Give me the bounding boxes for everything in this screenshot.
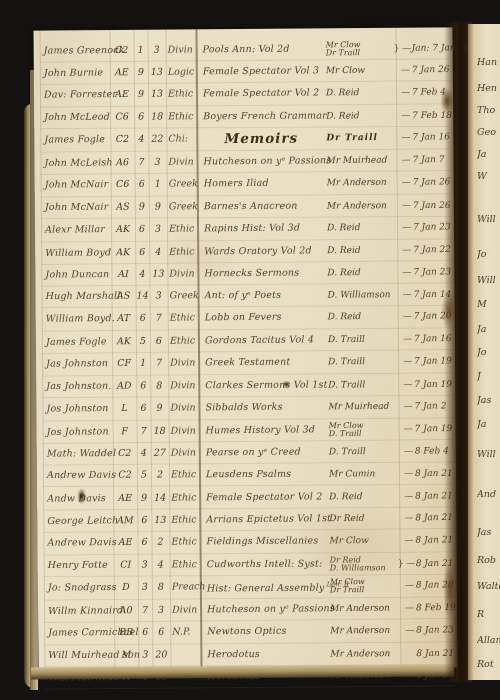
shelf-mark-num2: 27 [151,448,169,458]
ledger-row: Will Muirhead son M 3 20 Herodotus Mr An… [44,642,455,667]
shelf-mark-letters: AS [112,292,136,302]
professor-name: D. Traill [327,447,397,458]
return-dash: — [398,603,414,613]
ledger-row: Andrew Davis AE 6 2 Ethic Fieldings Misc… [43,530,454,556]
professor-name: D. Reid [324,88,394,99]
borrower-name: James Greenock [40,46,110,57]
borrower-name: Willm Kinnaird [44,606,114,617]
professor-name: Dr Traill [324,133,394,144]
shelf-mark-letters: AE [110,68,134,78]
shelf-mark-num1: 6 [136,314,150,324]
shelf-mark-letters: C6 [110,112,134,122]
shelf-mark-letters: AI [111,269,135,279]
shelf-mark-num1: 5 [137,471,151,481]
shelf-mark-num2: 20 [152,650,170,660]
book-title: Hutcheson on yᵉ Passions [196,156,324,167]
book-title: Hutcheson on yᵉ Passions [200,604,328,615]
shelf-mark-num2: 3 [152,605,170,615]
book-title: Wards Oratory Vol 2d [197,245,325,256]
shelf-mark-num1: 6 [137,538,151,548]
shelf-mark-num1: 4 [137,448,151,458]
book-title: Fieldings Miscellanies [199,537,327,548]
ledger-row: Math: Waddel C2 4 27 Divin Pearse on yᵉ … [43,440,454,466]
facing-page-fragment: Rob [477,556,500,566]
ledger-row: Jos Johnston L 6 9 Divin Sibbalds Works … [42,396,453,422]
shelf-mark-num2: 13 [148,90,166,100]
borrower-name: Andrew Davis [43,471,113,481]
shelf-mark-letters: AE [113,493,137,503]
dates: Jan: 7 Jan 26 [410,43,449,53]
facing-page-fragment: J [477,372,500,382]
shelf-mark-num1: 7 [138,605,152,615]
ledger-row: John McNair C6 6 1 Greek Homers Iliad Mr… [41,172,452,198]
return-dash: — [396,380,412,390]
ledger-row: Henry Fotte CI 3 4 Ethic Cudworths Intel… [44,553,455,578]
shelf-mark-letters: AS [111,202,135,212]
shelf-mark-num1: 6 [135,247,149,257]
borrow-day: 7 [411,267,422,277]
return-dash: — [394,155,410,165]
facing-page-fragment: M [477,300,500,310]
shelf-mark-num1: 6 [136,381,150,391]
class-label: Ethic [167,224,197,234]
return-dash: — [398,626,414,636]
shelf-mark-letters: CI [114,560,138,570]
facing-page-sliver: HanHenThoGeoJaWWillJoWillMJaJoJJasJaWill… [468,24,500,680]
facing-page-fragment: Geo [477,128,500,138]
shelf-mark-num2: 22 [148,135,166,145]
facing-page-fragment: R [477,610,500,620]
shelf-mark-num1: 7 [137,426,151,436]
professor-name: Mr Anderson [328,603,398,614]
return-dash: — [397,469,413,479]
shelf-mark-letters: C2 [110,135,134,145]
professor-name: Mr Anderson [325,201,395,211]
book-title: Pearse on yᵉ Creed [199,447,327,458]
shelf-mark-num1: 5 [136,337,150,347]
shelf-mark-num2: 8 [150,381,168,391]
ledger-row: James Fogle AK 5 6 Ethic Gordons Tacitus… [42,328,453,354]
shelf-mark-letters: A6 [110,158,134,168]
facing-page-fragment: Rot [477,660,500,670]
borrower-name: Henry Fotte [44,560,114,570]
professor-name: D. Traill [326,334,396,345]
return-dash: — [396,357,412,367]
professor-name: Mr Anderson [328,648,398,658]
book-title: Homers Iliad [197,178,325,189]
class-label: Ethic [169,470,199,480]
shelf-mark-num1: 14 [136,291,150,301]
ledger-row: Jo: Snodgrass D 3 8 Preach Hist: General… [44,575,455,601]
professor-name: Mr Anderson [325,178,395,189]
borrower-name: John McNair [41,180,111,191]
shelf-mark-num2: 3 [149,224,167,234]
book-title: Female Spectator Vol 3 [196,66,324,77]
return-date: Jan 7 [421,155,444,165]
facing-page-fragment: W [477,172,500,182]
shelf-mark-letters: C2 [113,471,137,481]
borrower-name: George Leitch [43,516,113,527]
shelf-mark-num2: 13 [151,516,169,526]
return-dash: — [395,267,411,277]
book-title: Boyers French Grammar [196,111,324,122]
return-dash: — [396,290,412,300]
register-page: James Greenock C2 1 3 Divin Pools Ann: V… [33,27,457,670]
borrow-day: 7 [412,380,423,390]
professor-name: Dr ReidD. Williamson [328,556,398,572]
professor-name: Mr Muirhead [326,402,396,413]
shelf-mark-num2: 2 [151,471,169,481]
book-title: Pools Ann: Vol 2d [196,44,324,55]
shelf-mark-letters: AD [112,381,136,391]
borrow-day: 8 [413,513,424,523]
shelf-mark-num2: 3 [148,157,166,167]
return-dash: — [395,201,411,211]
shelf-mark-letters: AE [113,538,137,548]
borrower-name: Math: Waddel [43,449,113,460]
shelf-mark-num2: 9 [149,202,167,212]
borrow-day: 7 [412,312,423,322]
facing-page-fragment: Will [477,276,500,286]
borrow-day: Jan: 7 [410,43,441,53]
professor-name: Mr Cumin [327,469,397,479]
shelf-mark-num2: 9 [150,404,168,414]
class-label: Ethic [166,90,196,100]
return-dash: — [395,245,411,255]
shelf-mark-letters: M [114,650,138,660]
class-label: Ethic [169,493,199,503]
borrower-name: Jas Johnston [42,359,112,370]
return-dash: — [394,133,410,143]
class-label: Ethic [167,247,197,257]
shelf-mark-num1: 6 [135,180,149,190]
dates: 7 Jan 26 [410,65,449,75]
facing-page-fragment: Ja [477,150,500,160]
borrow-day: 8 [413,446,424,456]
book-title: Leusdens Psalms [199,470,327,481]
facing-page-fragment: Ja [477,420,500,430]
class-label: Greek [167,202,197,212]
class-label: Divin [170,605,200,615]
ledger-row: Jas Johnston CF 1 7 Divin Greek Testamen… [42,351,453,377]
shelf-mark-num1: 3 [138,560,152,570]
class-label: N.P. [170,627,200,637]
class-label: Ethic [170,560,200,570]
borrow-day: 7 [410,88,421,98]
borrow-day: 8 [414,648,425,658]
shelf-mark-letters: A0 [114,606,138,616]
shelf-mark-letters: AE [110,90,134,100]
return-dash: — [394,65,410,75]
scanned-ledger-photo: James Greenock C2 1 3 Divin Pools Ann: V… [0,0,500,700]
shelf-mark-num2: 6 [150,337,168,347]
borrow-day: 7 [410,65,421,75]
borrower-name: Jo: Snodgrass [44,583,114,594]
professor-name: D. Reid [326,312,396,323]
book-title: Barnes's Anacreon [197,201,325,212]
facing-page-fragment: Allan [477,636,500,646]
borrow-day: 7 [412,357,423,367]
ledger-row: William Boyd AK 6 4 Ethic Wards Oratory … [41,238,452,264]
borrower-name: William Boyd. [42,314,112,325]
borrower-name: Andw Davis [43,494,113,505]
ledger-row: John McLeish A6 7 3 Divin Hutcheson on y… [40,149,451,175]
professor-name: Mr ClowDr Traill [324,41,394,58]
shelf-mark-num1: 1 [134,45,148,55]
shelf-mark-num1: 6 [136,404,150,414]
shelf-mark-num1: 6 [135,225,149,235]
facing-page-fragment: Will [477,450,500,460]
facing-page-fragment: Jo [477,250,500,260]
professor-name: D. Traill [326,357,396,368]
professor-name: D. Traill [326,380,396,390]
facing-page-fragment: And [477,490,500,500]
class-label: Divin [167,269,197,279]
shelf-mark-num1: 9 [135,202,149,212]
shelf-mark-num2: 4 [149,247,167,257]
return-dash: — [394,88,410,98]
shelf-mark-letters: AT [112,314,136,324]
ledger-row: James Carmichael BB 6 6 N.P. Newtons Opt… [44,620,455,646]
book-title: Herodotus [200,649,328,660]
shelf-mark-num1: 9 [134,68,148,78]
shelf-mark-num2: 13 [148,68,166,78]
borrow-day: 8 [413,469,424,479]
shelf-mark-letters: CF [112,359,136,369]
borrower-name: John McLeod [40,113,110,123]
shelf-mark-letters: D [114,583,138,593]
professor-name: Mr ClowDr Traill [328,578,398,595]
shelf-mark-letters: AM [113,516,137,526]
professor-name: D. Reid [327,491,397,502]
ledger-row: Willm Kinnaird A0 7 3 Divin Hutcheson on… [44,597,455,623]
ledger-row: John McNair AS 9 9 Greek Barnes's Anacre… [41,195,452,220]
borrower-name: John Burnie [40,68,110,79]
book-title: Gordons Tacitus Vol 4 [198,335,326,346]
borrower-name: John McNair [41,202,111,212]
book-title: Newtons Optics [200,626,328,637]
borrower-name: William Boyd [41,248,111,259]
return-dash: } — [398,559,414,569]
borrower-name: Jas Johnston. [42,381,112,391]
return-dash: — [394,111,410,121]
ledger-row: John Duncan AI 4 13 Divin Hornecks Sermo… [41,261,452,287]
shelf-mark-num1: 3 [138,583,152,593]
return-dash: — [396,402,412,412]
class-label: Chi: [166,135,196,145]
shelf-mark-num1: 3 [138,650,152,660]
class-label: Divin [166,157,196,167]
borrower-name: James Carmichael [44,628,114,639]
class-label: Logic [166,68,196,78]
return-dash: — [397,491,413,501]
professor-name: D. Reid [325,267,395,278]
borrower-name: Alexr Millar [41,225,111,236]
ledger-row: Jos Johnston F 7 18 Divin Humes History … [43,418,454,444]
return-dash: — [398,581,414,591]
ledger-row: Alexr Millar AK 6 3 Ethic Rapins Hist: V… [41,216,452,242]
shelf-mark-num1: 6 [134,112,148,122]
class-label: Divin [168,359,198,369]
borrow-day: 7 [411,222,422,232]
borrow-day: 8 [414,625,425,635]
borrow-day: 7 [410,155,421,165]
facing-page-fragment: Walter [477,582,500,592]
borrow-day: 7 [412,290,423,300]
shelf-mark-num2: 2 [151,538,169,548]
facing-page-fragment: Jo [477,348,500,358]
return-date: Feb 4 [421,88,447,98]
borrow-day: 8 [414,559,425,569]
borrower-name: Jos Johnston [42,404,112,415]
ledger-row: Dav: Forrester AE 9 13 Ethic Female Spec… [40,82,451,108]
shelf-mark-num2: 1 [149,180,167,190]
ledger-row: Hugh Marshall AS 14 3 Greek Ant: of yᵉ P… [42,284,453,309]
book-title: Cudworths Intell: Syst: [200,559,328,570]
borrow-day: 8 [413,536,424,546]
borrow-day: 7 [412,402,423,412]
borrower-name: John McLeish [40,158,110,169]
borrow-day: 7 [413,424,424,434]
shelf-mark-letters: AK [112,337,136,347]
return-dash: — [395,178,411,188]
shelf-mark-num2: 13 [149,269,167,279]
book-title: Female Spectator Vol 2 [196,89,324,100]
shelf-mark-num2: 6 [152,627,170,637]
class-label: Divin [168,381,198,391]
shelf-mark-num1: 4 [134,135,148,145]
book-title: Clarkes Sermons Vol 1st [198,380,326,391]
shelf-mark-num1: 9 [134,90,148,100]
class-label: Preach [170,582,200,592]
class-label: Divin [169,426,199,436]
shelf-mark-num2: 3 [150,291,168,301]
facing-page-fragment: Jas [477,396,500,406]
facing-page-fragment: Hen [477,84,500,94]
book-title: Rapins Hist: Vol 3d [197,223,325,234]
shelf-mark-num2: 18 [151,426,169,436]
borrow-day: 7 [411,200,422,210]
professor-name: Mr Muirhead [324,155,394,166]
ledger-row: Andrew Davis C2 5 2 Ethic Leusdens Psalm… [43,463,454,488]
book-title: Memoirs [196,134,324,145]
borrower-name: Andrew Davis [43,538,113,549]
class-label: Ethic [168,314,198,324]
professor-name: D. Williamson [326,290,396,300]
class-label: Divin [169,448,199,458]
shelf-mark-num2: 7 [150,314,168,324]
class-label: Ethic [169,538,199,548]
class-label: Divin [166,45,196,55]
professor-name: Mr Anderson [328,626,398,637]
ledger-row: John McLeod C6 6 18 Ethic Boyers French … [40,105,451,130]
shelf-mark-num2: 18 [148,112,166,122]
return-dash: — [397,536,413,546]
book-title: Hist: General Assembly Lon: 8 [200,579,328,594]
return-dash: — [395,223,411,233]
borrow-day: 8 [414,603,425,613]
borrower-name: Hugh Marshall [42,292,112,302]
borrow-day: 8 [413,491,424,501]
class-label: Ethic [169,515,199,525]
shelf-mark-letters: AK [111,247,135,257]
shelf-mark-letters: AK [111,225,135,235]
borrower-name: John Duncan [41,270,111,281]
ledger-row: Jas Johnston. AD 6 8 Divin Clarkes Sermo… [42,374,453,399]
book-title: Hornecks Sermons [197,268,325,279]
shelf-mark-letters: BB [114,628,138,638]
shelf-mark-num1: 7 [134,158,148,168]
ledger-row: John Burnie AE 9 13 Logic Female Spectat… [40,59,451,85]
shelf-mark-num1: 9 [137,493,151,503]
borrow-day: 7 [411,178,422,188]
class-label: Greek [168,291,198,301]
shelf-mark-num2: 8 [152,583,170,593]
return-dash: — [396,334,412,344]
shelf-mark-num2: 3 [148,45,166,55]
class-label: Ethic [166,112,196,122]
shelf-mark-letters: C2 [110,46,134,56]
return-dash: } — [394,43,410,53]
professor-name: D. Reid [325,223,395,234]
professor-name: D. Reid [325,245,395,256]
shelf-mark-num1: 6 [138,628,152,638]
book-title: Ant: of yᵉ Poets [198,291,326,302]
borrow-day: 7 [410,111,421,121]
shelf-mark-num1: 1 [136,359,150,369]
facing-page-fragment: Han [477,58,500,68]
borrower-name: Dav: Forrester [40,91,110,102]
book-title: Female Spectator Vol 2 [199,492,327,503]
shelf-mark-num2: 7 [150,359,168,369]
class-label: Greek [167,179,197,189]
return-dash: — [397,424,413,434]
borrow-day: 7 [411,244,422,254]
book-title: Greek Testament [198,358,326,369]
ledger-row: George Leitch AM 6 13 Ethic Arrians Epic… [43,507,454,533]
book-title: Sibbalds Works [198,402,326,413]
facing-page-fragment: Will [477,215,500,225]
borrow-day: 8 [414,581,425,591]
shelf-mark-letters: C2 [113,449,137,459]
book-title: Arrians Epictetus Vol 1st [199,514,327,525]
professor-name: D. Reid [324,111,394,121]
facing-page-fragment: Jas [477,528,500,538]
professor-name: Mr ClowD. Traill [327,421,397,438]
facing-page-fragment: Ja [477,325,500,335]
book-title: Humes History Vol 3d [199,425,327,436]
ledger-rows: James Greenock C2 1 3 Divin Pools Ann: V… [40,37,456,690]
class-label: Ethic [168,336,198,346]
class-label: Divin [168,403,198,413]
borrower-name: James Fogle [42,337,112,348]
borrow-day: 7 [410,133,421,143]
borrower-name: Jos Johnston [43,427,113,438]
shelf-mark-letters: L [112,404,136,414]
shelf-mark-letters: F [113,426,137,436]
facing-page-fragment: Tho [477,106,500,116]
professor-name: Mr Clow [327,536,397,547]
book-title: Lobb on Fevers [198,313,326,324]
shelf-mark-num1: 4 [135,269,149,279]
shelf-mark-num2: 4 [152,560,170,570]
shelf-mark-num1: 6 [137,516,151,526]
borrower-name: James Fogle [40,135,110,146]
professor-name: Dr Reid [327,513,397,524]
professor-name: Mr Clow [324,66,394,77]
borrower-name: Will Muirhead son [44,650,114,660]
return-date: Jan 2 [423,401,446,411]
